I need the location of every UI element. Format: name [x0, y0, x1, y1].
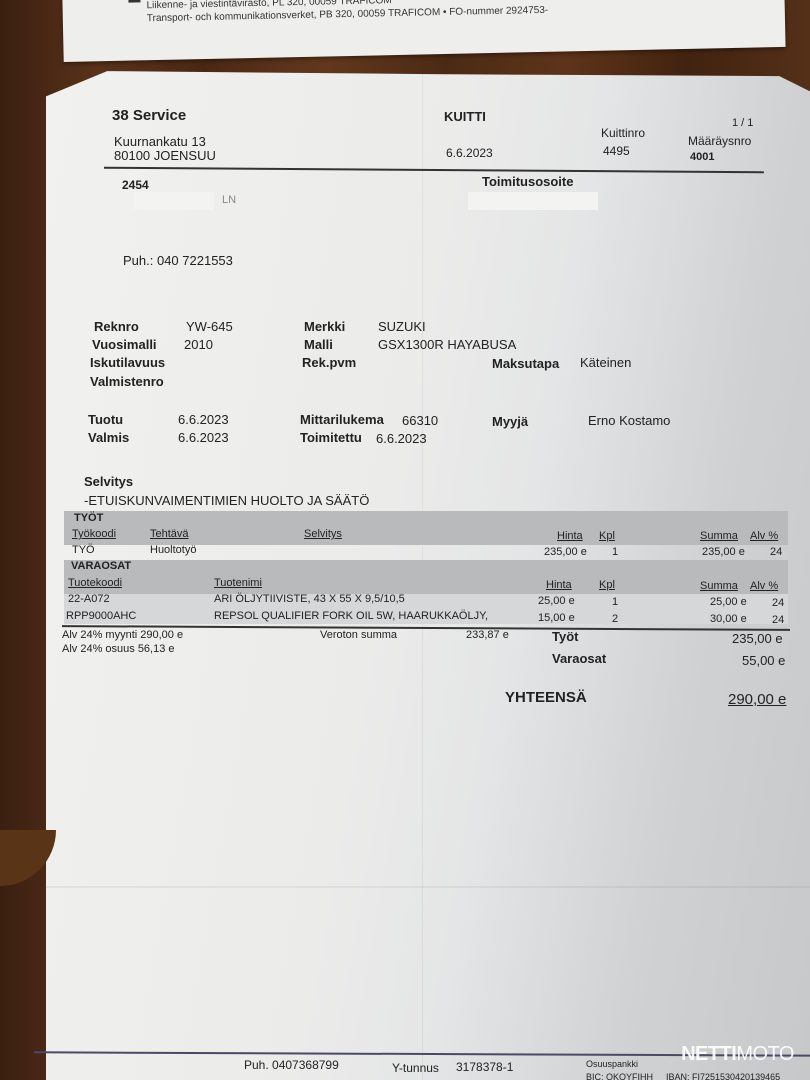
labor-code: TYÖ — [72, 544, 95, 556]
make: SUZUKI — [378, 319, 426, 334]
parts-section-title: VARAOSAT — [71, 560, 131, 572]
customer-phone: Puh.: 040 7221553 — [123, 253, 233, 268]
labor-price: 235,00 e — [544, 546, 587, 558]
receipt-number: 4495 — [603, 144, 630, 158]
parts-total-label: Varaosat — [552, 651, 606, 666]
redacted-customer-name — [134, 192, 214, 210]
payment-method: Käteinen — [580, 355, 631, 370]
labor-qty: 1 — [612, 546, 618, 558]
part-price: 25,00 e — [538, 595, 575, 607]
background-document: Liikenne- ja viestintävirasto, PL 320, 0… — [62, 0, 786, 62]
business-id: 3178378-1 — [456, 1060, 513, 1074]
order-number: 4001 — [690, 151, 714, 163]
vat-sales: Alv 24% myynti 290,00 e — [62, 629, 183, 641]
ready-date: 6.6.2023 — [178, 430, 229, 445]
receipt-number-label: Kuittinro — [601, 126, 645, 140]
part-name: ARI ÖLJYTIIVISTE, 43 X 55 X 9,5/10,5 — [214, 593, 405, 605]
page-indicator: 1 / 1 — [732, 117, 753, 129]
customer-number: 2454 — [122, 178, 149, 192]
brought-in-date: 6.6.2023 — [178, 412, 229, 427]
grand-total: 290,00 e — [728, 691, 786, 708]
labor-col-qty: Kpl — [599, 530, 615, 542]
odometer-label: Mittarilukema — [300, 412, 384, 427]
grand-total-label: YHTEENSÄ — [505, 689, 587, 706]
part-price: 15,00 e — [538, 612, 575, 624]
parts-col-code: Tuotekoodi — [68, 577, 122, 589]
company-city: 80100 JOENSUU — [114, 148, 216, 163]
parts-col-qty: Kpl — [599, 579, 615, 591]
labor-col-explanation: Selvitys — [304, 528, 342, 540]
delivered-date: 6.6.2023 — [376, 431, 427, 446]
part-vat: 24 — [772, 597, 784, 609]
part-sum: 30,00 e — [710, 613, 747, 625]
vat-share: Alv 24% osuus 56,13 e — [62, 643, 175, 655]
reg-number: YW-645 — [186, 319, 233, 334]
labor-col-vat: Alv % — [750, 530, 778, 542]
labor-sum: 235,00 e — [702, 546, 745, 558]
model-year-label: Vuosimalli — [92, 337, 157, 352]
part-sum: 25,00 e — [710, 596, 747, 608]
odometer: 66310 — [402, 413, 438, 428]
delivered-label: Toimitettu — [300, 430, 362, 445]
brought-in-label: Tuotu — [88, 412, 123, 427]
labor-vat: 24 — [770, 546, 782, 558]
part-vat: 24 — [772, 614, 784, 626]
footer-phone: Puh. 0407368799 — [244, 1058, 339, 1072]
labor-col-task: Tehtävä — [150, 528, 189, 540]
explanation-label: Selvitys — [84, 474, 133, 489]
payment-method-label: Maksutapa — [492, 356, 559, 371]
company-street: Kuurnankatu 13 — [114, 134, 206, 149]
make-label: Merkki — [304, 319, 345, 334]
bank-name: Osuuspankki — [586, 1059, 638, 1069]
bank-bic: BIC: OKOYFIHH — [586, 1072, 653, 1080]
labor-total-label: Työt — [552, 629, 578, 644]
labor-col-sum: Summa — [700, 530, 738, 542]
receipt-date: 6.6.2023 — [446, 146, 493, 160]
parts-col-name: Tuotenimi — [214, 577, 262, 589]
business-id-label: Y-tunnus — [392, 1061, 439, 1075]
model: GSX1300R HAYABUSA — [378, 337, 516, 352]
nettimoto-watermark: NETTIMOTO — [681, 1043, 794, 1066]
net-sum-label: Veroton summa — [320, 629, 397, 641]
seller-name: Erno Kostamo — [588, 413, 670, 428]
labor-col-code: Työkoodi — [72, 528, 116, 540]
labor-total: 235,00 e — [732, 631, 783, 646]
parts-total: 55,00 e — [742, 653, 785, 668]
parts-col-price: Hinta — [546, 579, 572, 591]
labor-task: Huoltotyö — [150, 544, 196, 556]
customer-name-partial: LN — [222, 194, 236, 206]
fold-line-horizontal — [46, 886, 810, 888]
watermark-bold: NETTI — [681, 1043, 736, 1065]
vin-label: Valmistenro — [90, 374, 164, 389]
model-year: 2010 — [184, 337, 213, 352]
reg-date-label: Rek.pvm — [302, 355, 356, 370]
parts-col-vat: Alv % — [750, 580, 778, 592]
logo-mark — [128, 0, 140, 3]
header-divider — [104, 167, 764, 173]
company-name: 38 Service — [112, 107, 186, 124]
part-qty: 1 — [612, 596, 618, 608]
reg-number-label: Reknro — [94, 319, 139, 334]
labor-section-title: TYÖT — [74, 512, 103, 524]
parts-header-band — [64, 560, 788, 594]
parts-col-sum: Summa — [700, 580, 738, 592]
delivery-address-label: Toimitusosoite — [482, 174, 573, 189]
part-code: RPP9000AHC — [66, 610, 136, 622]
part-name: REPSOL QUALIFIER FORK OIL 5W, HAARUKKAÖL… — [214, 610, 488, 622]
part-qty: 2 — [612, 613, 618, 625]
receipt: 38 Service Kuurnankatu 13 80100 JOENSUU … — [46, 66, 810, 1080]
document-type: KUITTI — [444, 109, 486, 124]
redacted-delivery-address — [468, 192, 598, 210]
net-sum: 233,87 e — [466, 629, 509, 641]
model-label: Malli — [304, 337, 333, 352]
watermark-thin: MOTO — [736, 1043, 794, 1065]
explanation-text: -ETUISKUNVAIMENTIMIEN HUOLTO JA SÄÄTÖ — [84, 493, 369, 508]
seller-label: Myyjä — [492, 414, 528, 429]
ready-label: Valmis — [88, 430, 129, 445]
displacement-label: Iskutilavuus — [90, 355, 165, 370]
part-code: 22-A072 — [68, 593, 110, 605]
labor-col-price: Hinta — [557, 530, 583, 542]
order-number-label: Määräysnro — [688, 134, 751, 148]
bank-iban: IBAN: FI7251530420139465 — [666, 1072, 780, 1080]
